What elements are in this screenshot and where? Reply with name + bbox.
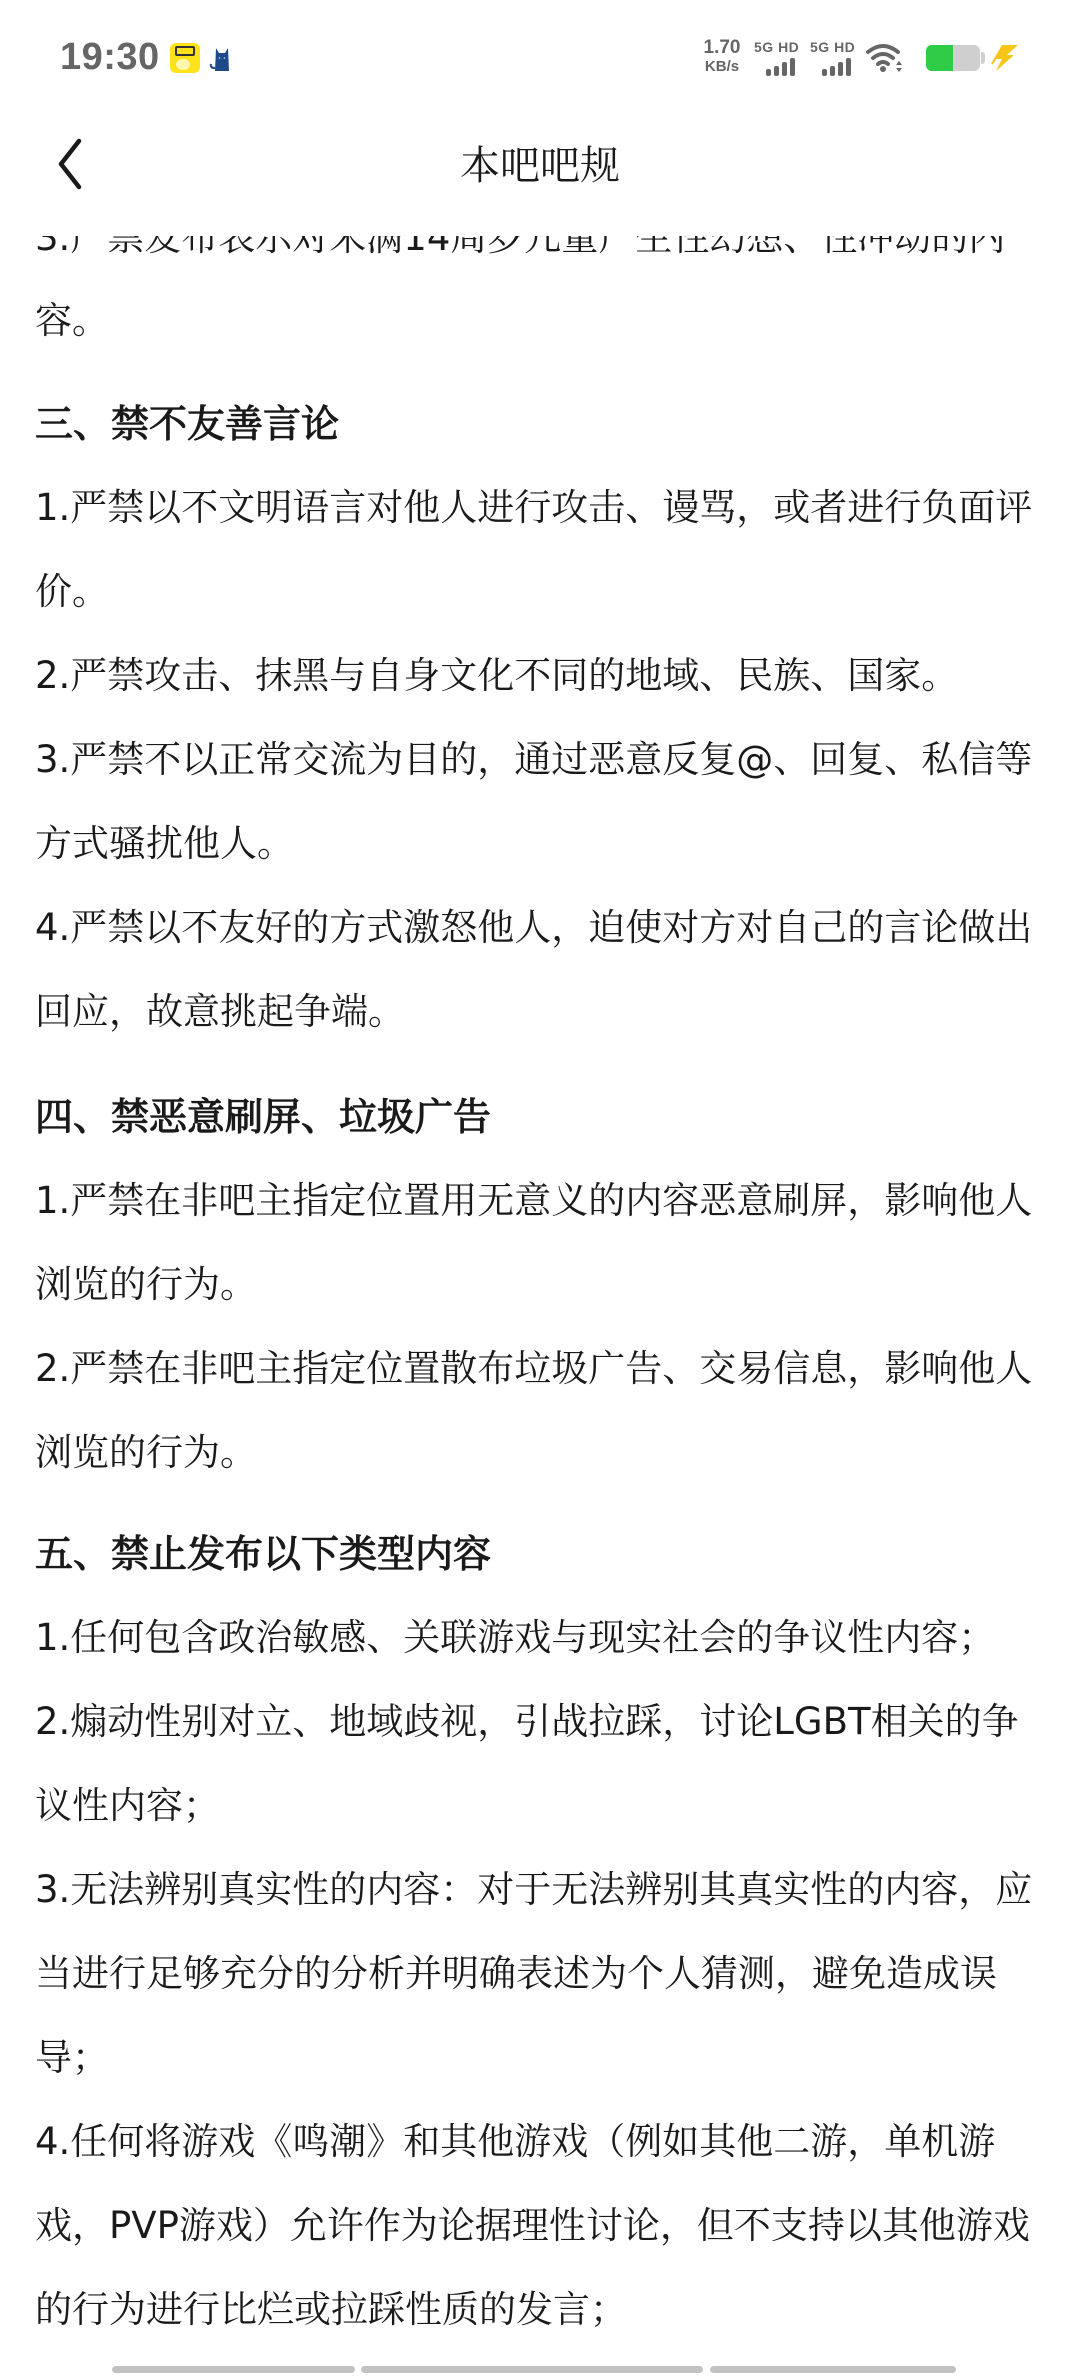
- nav-header: 本吧吧规: [0, 112, 1080, 236]
- rule-item: 4.严禁以不友好的方式激怒他人，迫使对方对自己的言论做出回应，故意挑起争端。: [35, 886, 1055, 1054]
- sim2-signal-icon: 5G HD: [810, 40, 858, 76]
- sim1-signal-icon: 5G HD: [754, 40, 802, 76]
- status-bar: 19:30 1.70 KB/s 5G HD 5G HD: [0, 0, 1080, 112]
- rule-item: 2.煽动性别对立、地域歧视，引战拉踩，讨论LGBT相关的争议性内容；: [35, 1680, 1055, 1848]
- status-time: 19:30: [60, 36, 160, 79]
- rule-item: 1.严禁以不文明语言对他人进行攻击、谩骂，或者进行负面评价。: [35, 466, 1055, 634]
- battery-nub: [981, 52, 985, 64]
- section-4: 四、禁恶意刷屏、垃圾广告 1.严禁在非吧主指定位置用无意义的内容恶意刷屏，影响他…: [35, 1075, 1055, 1495]
- wifi-icon: [866, 42, 906, 74]
- rule-item: 2.严禁在非吧主指定位置散布垃圾广告、交易信息，影响他人浏览的行为。: [35, 1327, 1055, 1495]
- xianyu-app-icon: [170, 43, 200, 73]
- charging-bolt-icon: [990, 44, 1020, 72]
- section-heading: 四、禁恶意刷屏、垃圾广告: [35, 1075, 1055, 1159]
- battery-icon: [926, 45, 980, 71]
- network-speed: 1.70 KB/s: [700, 38, 744, 74]
- page-title: 本吧吧规: [0, 134, 1080, 191]
- rule-item: 1.任何包含政治敏感、关联游戏与现实社会的争议性内容；: [35, 1596, 1055, 1680]
- cat-app-icon: [208, 44, 234, 72]
- indicator-segment[interactable]: [112, 2366, 355, 2373]
- bottom-indicator-bars: [0, 2366, 1080, 2376]
- rule-item: 4.任何将游戏《鸣潮》和其他游戏（例如其他二游，单机游戏，PVP游戏）允许作为论…: [35, 2100, 1055, 2352]
- section-5: 五、禁止发布以下类型内容 1.任何包含政治敏感、关联游戏与现实社会的争议性内容；…: [35, 1512, 1055, 2352]
- indicator-segment[interactable]: [361, 2366, 703, 2373]
- rule-item: 2.严禁攻击、抹黑与自身文化不同的地域、民族、国家。: [35, 634, 1055, 718]
- rule-item: 3.严禁不以正常交流为目的，通过恶意反复@、回复、私信等方式骚扰他人。: [35, 718, 1055, 886]
- screen: 19:30 1.70 KB/s 5G HD 5G HD: [0, 0, 1080, 2376]
- rule-item: 3.无法辨别真实性的内容：对于无法辨别其真实性的内容，应当进行足够充分的分析并明…: [35, 1848, 1055, 2100]
- section-heading: 五、禁止发布以下类型内容: [35, 1512, 1055, 1596]
- rule-continuation: 容。: [35, 279, 1055, 363]
- rule-item: 1.严禁在非吧主指定位置用无意义的内容恶意刷屏，影响他人浏览的行为。: [35, 1159, 1055, 1327]
- indicator-segment[interactable]: [710, 2366, 956, 2373]
- section-3: 三、禁不友善言论 1.严禁以不文明语言对他人进行攻击、谩骂，或者进行负面评价。 …: [35, 382, 1055, 1054]
- section-heading: 三、禁不友善言论: [35, 382, 1055, 466]
